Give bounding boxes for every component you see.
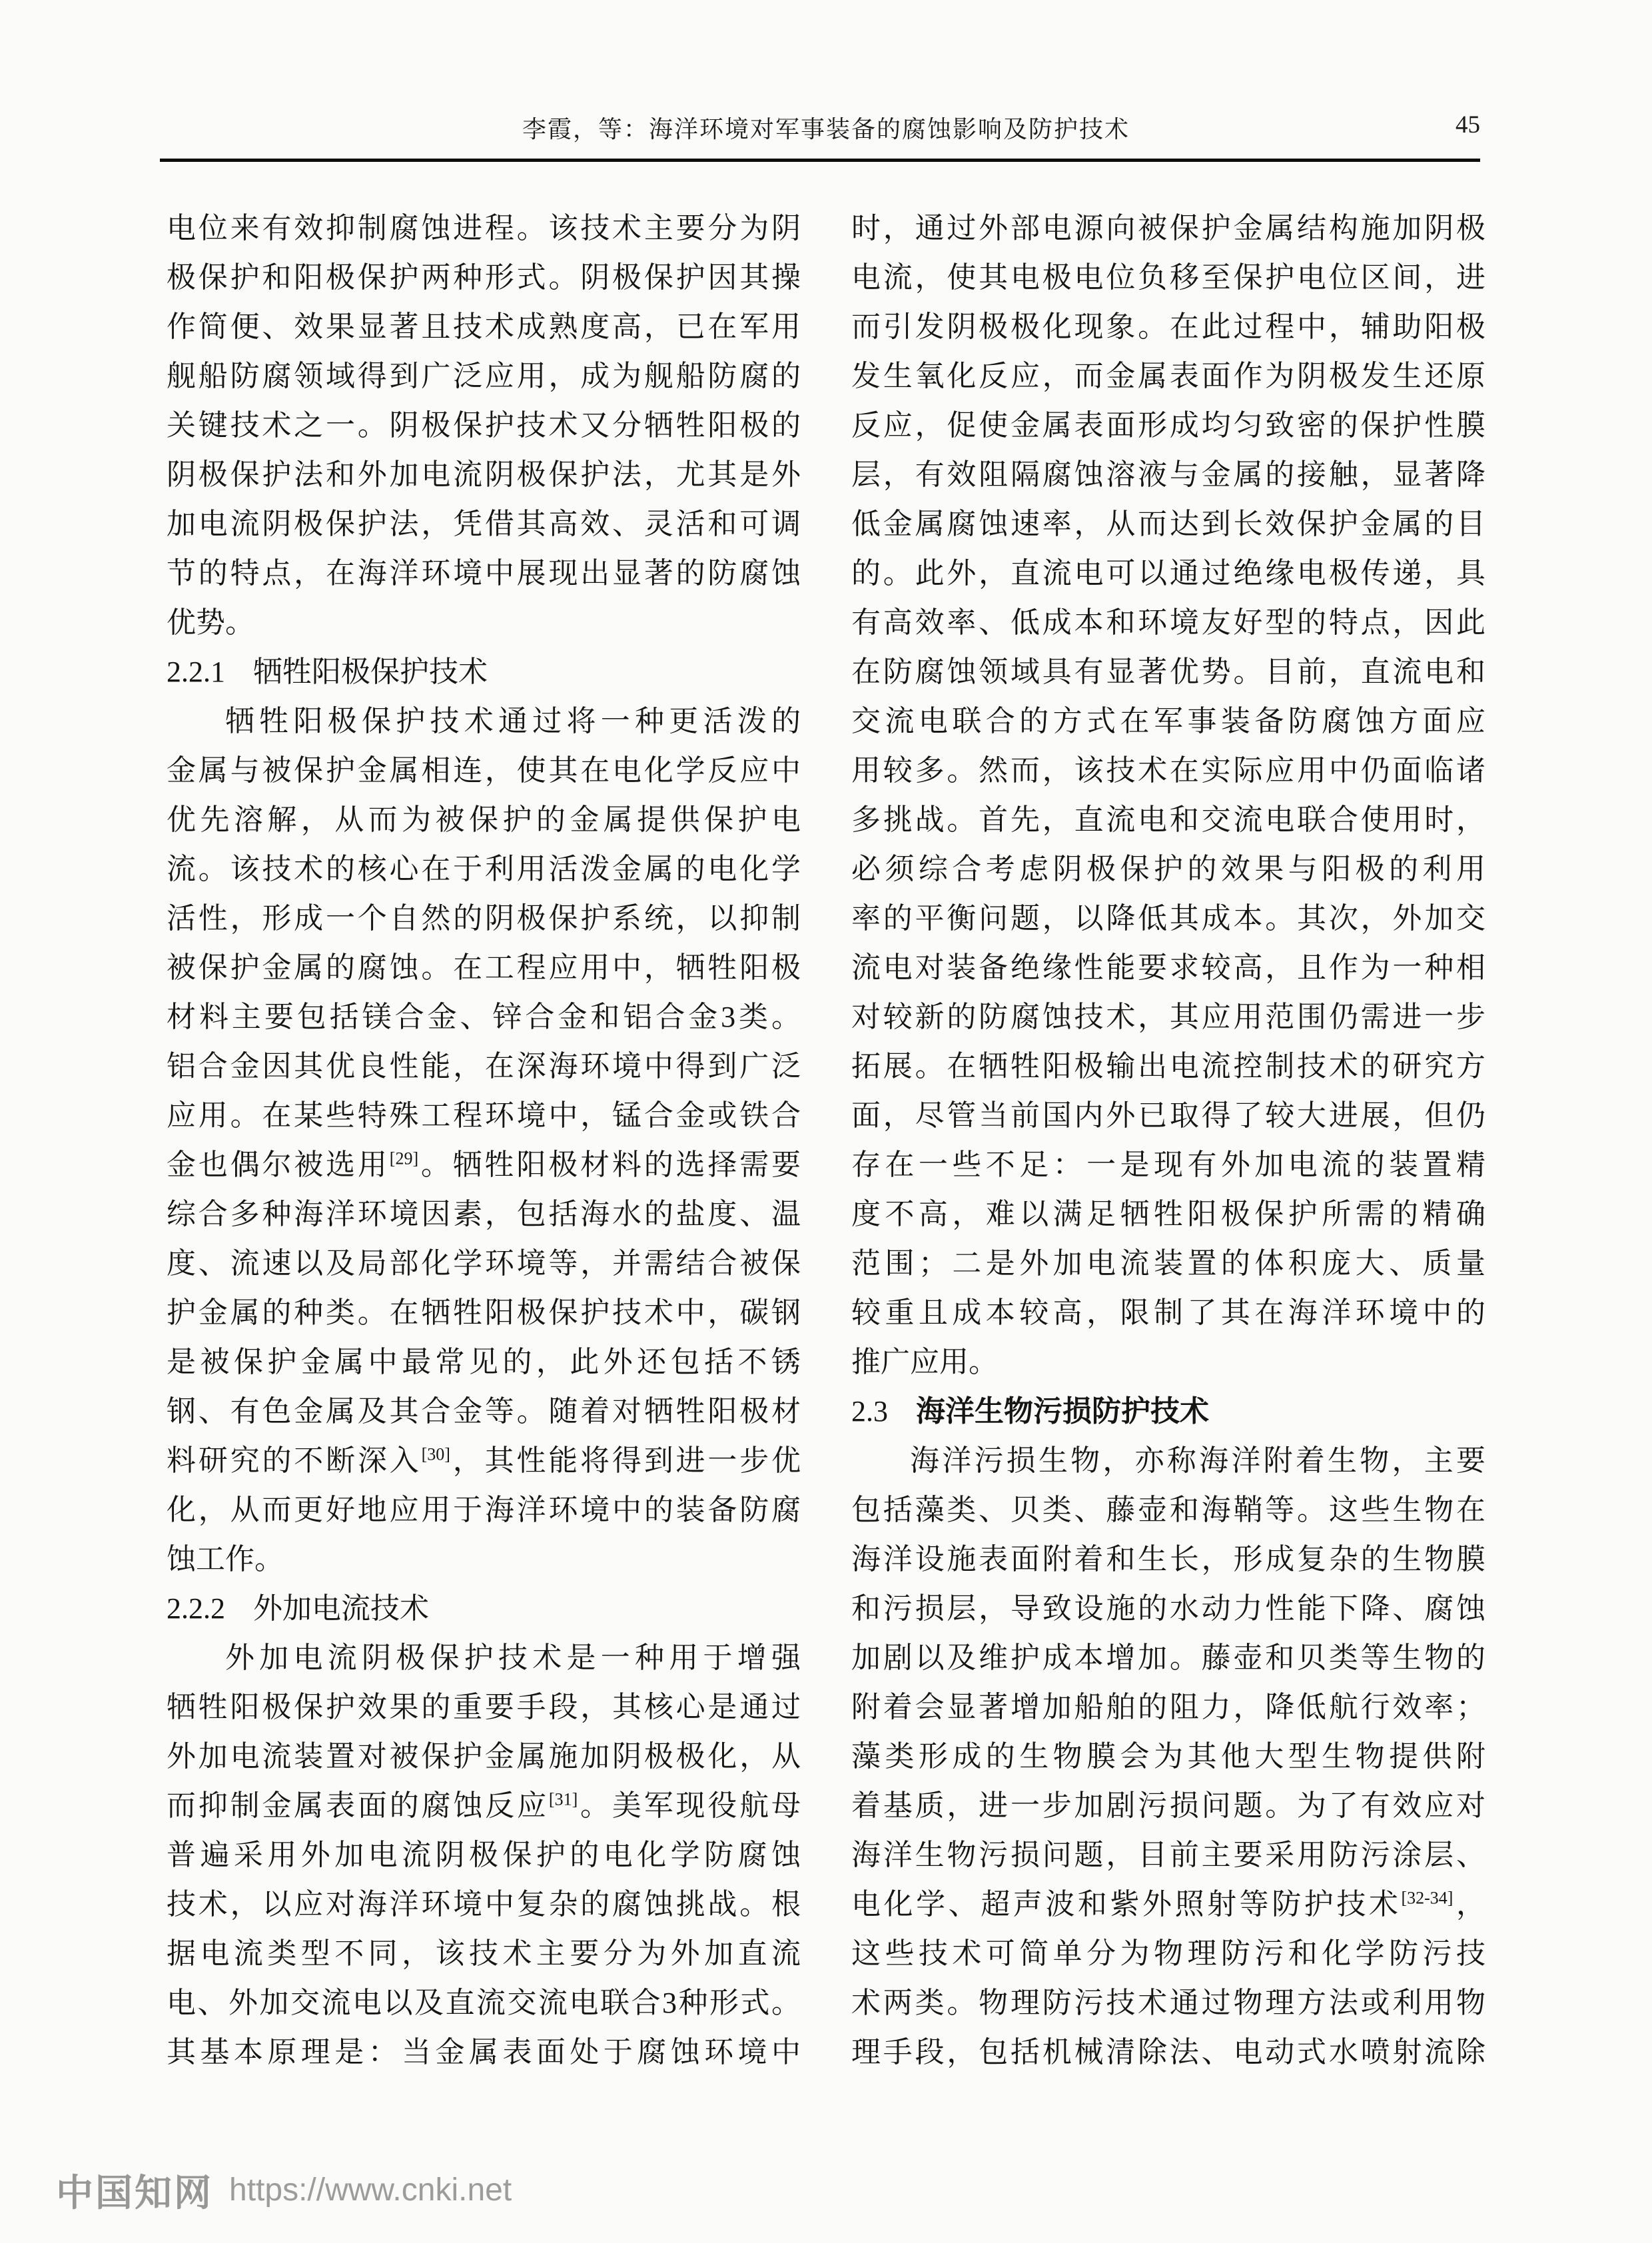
text-line: 流电对装备绝缘性能要求较高，且作为一种相 (851, 943, 1485, 993)
text-line: 钢、有色金属及其合金等。随着对牺牲阳极材 (167, 1387, 801, 1436)
text-line: 是被保护金属中最常见的，此外还包括不锈 (167, 1338, 801, 1387)
footer-url: https://www.cnki.net (229, 2172, 512, 2208)
heading-number: 2.2.1 (167, 656, 225, 688)
heading-text: 海洋生物污损防护技术 (916, 1395, 1209, 1428)
text-line: 节的特点，在海洋环境中展现出显著的防腐蚀 (167, 549, 801, 598)
text-line: 反应，促使金属表面形成均匀致密的保护性膜 (851, 401, 1485, 450)
section-heading: 2.2.1牺牲阳极保护技术 (167, 648, 801, 697)
text-line: 包括藻类、贝类、藤壶和海鞘等。这些生物在 (851, 1486, 1485, 1535)
text-line: 金也偶尔被选用[29]。牺牲阳极材料的选择需要 (167, 1140, 801, 1190)
citation-ref: [30] (422, 1444, 450, 1464)
text-line: 存在一些不足：一是现有外加电流的装置精 (851, 1140, 1485, 1190)
text-line: 阴极保护法和外加电流阴极保护法，尤其是外 (167, 450, 801, 500)
text-line: 范围；二是外加电流装置的体积庞大、质量 (851, 1239, 1485, 1288)
text-line: 优势。 (167, 598, 801, 648)
text-line: 加电流阴极保护法，凭借其高效、灵活和可调 (167, 500, 801, 549)
text-line: 交流电联合的方式在军事装备防腐蚀方面应 (851, 697, 1485, 746)
heading-number: 2.2.2 (167, 1592, 225, 1625)
text-line: 电位来有效抑制腐蚀进程。该技术主要分为阴 (167, 204, 801, 253)
text-line: 而抑制金属表面的腐蚀反应[31]。美军现役航母 (167, 1781, 801, 1831)
text-line: 海洋生物污损问题，目前主要采用防污涂层、 (851, 1831, 1485, 1880)
text-line: 术两类。物理防污技术通过物理方法或利用物 (851, 1979, 1485, 2028)
text-line: 海洋设施表面附着和生长，形成复杂的生物膜 (851, 1535, 1485, 1584)
text-line: 护金属的种类。在牺牲阳极保护技术中，碳钢 (167, 1288, 801, 1338)
text-line: 电流，使其电极电位负移至保护电位区间，进 (851, 253, 1485, 302)
citation-ref: [29] (390, 1148, 418, 1168)
text-line: 牺牲阳极保护技术通过将一种更活泼的 (167, 697, 801, 746)
text-line: 海洋污损生物，亦称海洋附着生物，主要 (851, 1436, 1485, 1486)
text-line: 普遍采用外加电流阴极保护的电化学防腐蚀 (167, 1831, 801, 1880)
text-line: 外加电流阴极保护技术是一种用于增强 (167, 1633, 801, 1683)
text-line: 应用。在某些特殊工程环境中，锰合金或铁合 (167, 1091, 801, 1140)
text-column-right: 时，通过外部电源向被保护金属结构施加阴极电流，使其电极电位负移至保护电位区间，进… (851, 204, 1485, 2077)
text-line: 着基质，进一步加剧污损问题。为了有效应对 (851, 1781, 1485, 1831)
citation-ref: [31] (549, 1789, 578, 1809)
text-line: 度不高，难以满足牺牲阳极保护所需的精确 (851, 1190, 1485, 1239)
text-line: 活性，形成一个自然的阴极保护系统，以抑制 (167, 894, 801, 943)
text-line: 的。此外，直流电可以通过绝缘电极传递，具 (851, 549, 1485, 598)
text-line: 附着会显著增加船舶的阻力，降低航行效率； (851, 1683, 1485, 1732)
text-line: 有高效率、低成本和环境友好型的特点，因此 (851, 598, 1485, 648)
text-line: 被保护金属的腐蚀。在工程应用中，牺牲阳极 (167, 943, 801, 993)
citation-ref: [32-34] (1401, 1888, 1453, 1907)
section-heading: 2.3海洋生物污损防护技术 (851, 1387, 1485, 1436)
text-column-left: 电位来有效抑制腐蚀进程。该技术主要分为阴极保护和阳极保护两种形式。阴极保护因其操… (167, 204, 801, 2077)
text-line: 据电流类型不同，该技术主要分为外加直流 (167, 1929, 801, 1979)
text-line: 其基本原理是：当金属表面处于腐蚀环境中 (167, 2028, 801, 2077)
text-line: 极保护和阳极保护两种形式。阴极保护因其操 (167, 253, 801, 302)
text-line: 技术，以应对海洋环境中复杂的腐蚀挑战。根 (167, 1880, 801, 1929)
text-line: 时，通过外部电源向被保护金属结构施加阴极 (851, 204, 1485, 253)
text-line: 电、外加交流电以及直流交流电联合3种形式。 (167, 1979, 801, 2028)
section-heading: 2.2.2外加电流技术 (167, 1584, 801, 1633)
text-line: 材料主要包括镁合金、锌合金和铝合金3类。 (167, 993, 801, 1042)
text-line: 作简便、效果显著且技术成熟度高，已在军用 (167, 302, 801, 352)
text-line: 外加电流装置对被保护金属施加阴极极化，从 (167, 1732, 801, 1781)
text-line: 多挑战。首先，直流电和交流电联合使用时， (851, 795, 1485, 845)
text-line: 率的平衡问题，以降低其成本。其次，外加交 (851, 894, 1485, 943)
text-line: 牺牲阳极保护效果的重要手段，其核心是通过 (167, 1683, 801, 1732)
heading-number: 2.3 (851, 1395, 888, 1428)
text-line: 蚀工作。 (167, 1535, 801, 1584)
text-line: 层，有效阻隔腐蚀溶液与金属的接触，显著降 (851, 450, 1485, 500)
text-line: 而引发阴极极化现象。在此过程中，辅助阳极 (851, 302, 1485, 352)
text-line: 较重且成本较高，限制了其在海洋环境中的 (851, 1288, 1485, 1338)
header-divider (160, 159, 1480, 162)
text-line: 必须综合考虑阴极保护的效果与阳极的利用 (851, 845, 1485, 894)
page-number: 45 (1399, 111, 1480, 139)
text-line: 理手段，包括机械清除法、电动式水喷射流除 (851, 2028, 1485, 2077)
heading-text: 外加电流技术 (253, 1592, 429, 1625)
text-line: 和污损层，导致设施的水动力性能下降、腐蚀 (851, 1584, 1485, 1633)
text-line: 料研究的不断深入[30]，其性能将得到进一步优 (167, 1436, 801, 1486)
text-line: 舰船防腐领域得到广泛应用，成为舰船防腐的 (167, 352, 801, 401)
text-line: 关键技术之一。阴极保护技术又分牺牲阳极的 (167, 401, 801, 450)
text-line: 这些技术可简单分为物理防污和化学防污技 (851, 1929, 1485, 1979)
text-line: 藻类形成的生物膜会为其他大型生物提供附 (851, 1732, 1485, 1781)
text-line: 发生氧化反应，而金属表面作为阴极发生还原 (851, 352, 1485, 401)
text-line: 化，从而更好地应用于海洋环境中的装备防腐 (167, 1486, 801, 1535)
text-line: 金属与被保护金属相连，使其在电化学反应中 (167, 746, 801, 795)
text-line: 电化学、超声波和紫外照射等防护技术[32-34]， (851, 1880, 1485, 1929)
text-line: 面，尽管当前国内外已取得了较大进展，但仍 (851, 1091, 1485, 1140)
text-line: 拓展。在牺牲阳极输出电流控制技术的研究方 (851, 1042, 1485, 1091)
text-line: 铝合金因其优良性能，在深海环境中得到广泛 (167, 1042, 801, 1091)
text-line: 流。该技术的核心在于利用活泼金属的电化学 (167, 845, 801, 894)
cnki-logo: 中国知网 (56, 2164, 213, 2217)
text-line: 加剧以及维护成本增加。藤壶和贝类等生物的 (851, 1633, 1485, 1683)
text-line: 度、流速以及局部化学环境等，并需结合被保 (167, 1239, 801, 1288)
text-line: 用较多。然而，该技术在实际应用中仍面临诸 (851, 746, 1485, 795)
text-line: 推广应用。 (851, 1338, 1485, 1387)
text-line: 优先溶解，从而为被保护的金属提供保护电 (167, 795, 801, 845)
text-line: 对较新的防腐蚀技术，其应用范围仍需进一步 (851, 993, 1485, 1042)
heading-text: 牺牲阳极保护技术 (253, 656, 488, 688)
text-line: 综合多种海洋环境因素，包括海水的盐度、温 (167, 1190, 801, 1239)
text-line: 低金属腐蚀速率，从而达到长效保护金属的目 (851, 500, 1485, 549)
text-line: 在防腐蚀领域具有显著优势。目前，直流电和 (851, 648, 1485, 697)
